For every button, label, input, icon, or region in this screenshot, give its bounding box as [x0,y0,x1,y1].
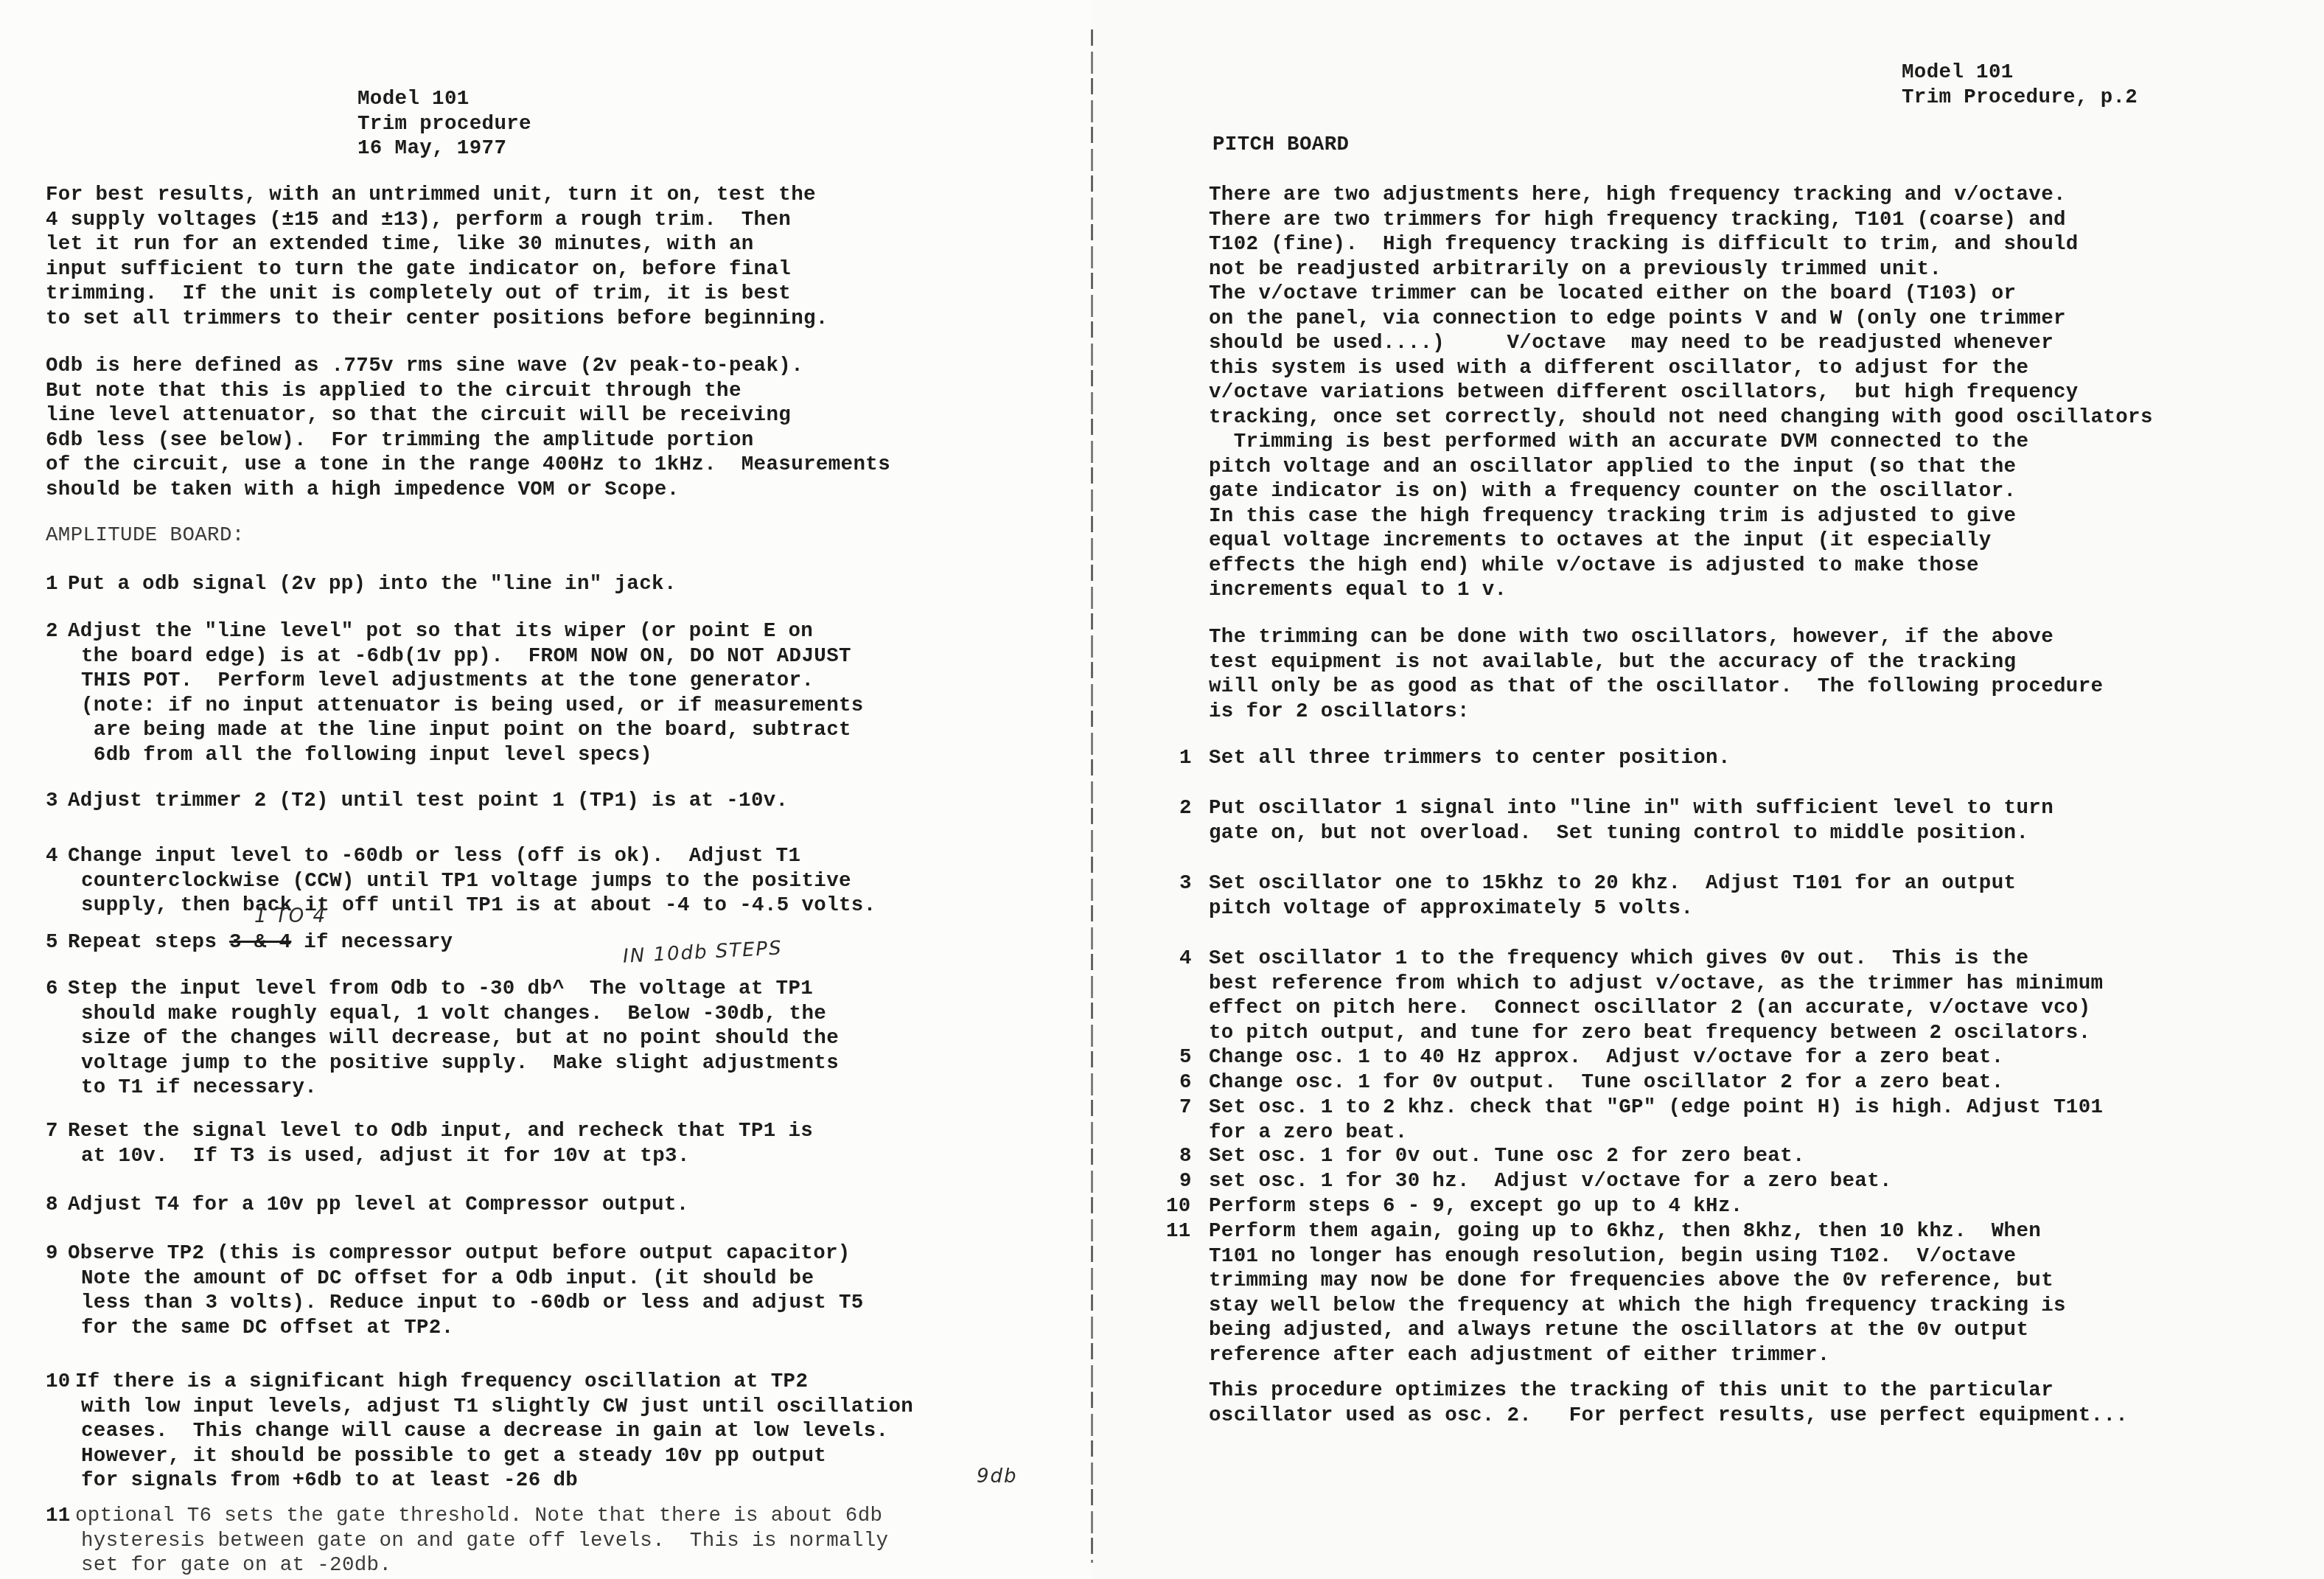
section-title-amplitude: AMPLITUDE BOARD: [46,523,245,548]
step-text-line: If there is a significant high frequency… [75,1370,808,1395]
intro-line: v/octave variations between different os… [1209,380,2079,405]
step-text-line: optional T6 sets the gate threshold. Not… [75,1504,882,1529]
step-number: 8 [46,1193,58,1218]
step-number: 9 [46,1241,58,1266]
step-number: 2 [1179,796,1192,821]
step-text-line: with low input levels, adjust T1 slightl… [81,1395,913,1420]
step-text-line: reference after each adjustment of eithe… [1209,1343,1830,1368]
intro-line: In this case the high frequency tracking… [1209,504,2016,529]
step-number: 7 [1179,1095,1192,1120]
step-text-line: supply, then back it off until TP1 is at… [81,893,876,919]
step-text-line: to pitch output, and tune for zero beat … [1209,1021,2091,1046]
step-text-line: hysteresis between gate on and gate off … [81,1529,888,1554]
step-text-line: gate on, but not overload. Set tuning co… [1209,821,2028,846]
page-fold-divider [1091,29,1093,1563]
struck-text: 3 & 4 [229,931,291,954]
step-text-line: to T1 if necessary. [81,1076,317,1101]
intro-line: tracking, once set correctly, should not… [1209,405,2153,431]
step-text-line: voltage jump to the positive supply. Mak… [81,1051,839,1076]
definition-line: of the circuit, use a tone in the range … [46,453,890,478]
step-text-line: Change osc. 1 to 40 Hz approx. Adjust v/… [1209,1045,2004,1070]
intro-line: There are two trimmers for high frequenc… [1209,208,2066,233]
paragraph-line: is for 2 oscillators: [1209,700,1470,725]
step-number: 8 [1179,1144,1192,1169]
step-number: 6 [1179,1070,1192,1095]
header-line: Model 101 [1902,60,2014,86]
definition-line: But note that this is applied to the cir… [46,379,741,404]
intro-line: this system is used with a different osc… [1209,356,2028,381]
header-line: Trim procedure [357,112,531,137]
intro-line: increments equal to 1 v. [1209,578,1507,603]
step-number: 5 [1179,1045,1192,1070]
intro-line: 4 supply voltages (±15 and ±13), perform… [46,208,791,233]
step-suffix: if necessary [291,931,453,954]
step-text-line: set osc. 1 for 30 hz. Adjust v/octave fo… [1209,1169,1892,1194]
intro-line: to set all trimmers to their center posi… [46,307,828,332]
step-text-line: Adjust T4 for a 10v pp level at Compress… [68,1193,689,1218]
intro-line: on the panel, via connection to edge poi… [1209,307,2066,332]
intro-line: let it run for an extended time, like 30… [46,232,754,257]
step-text-line: 6db from all the following input level s… [81,743,652,768]
intro-line: T102 (fine). High frequency tracking is … [1209,232,2079,257]
header-line: 16 May, 1977 [357,136,506,161]
intro-line: The v/octave trimmer can be located eith… [1209,282,2016,307]
definition-line: Odb is here defined as .775v rms sine wa… [46,354,803,379]
step-text-line: However, it should be possible to get a … [81,1444,826,1469]
step-text-line: Reset the signal level to Odb input, and… [68,1119,813,1144]
step-number: 3 [1179,871,1192,896]
step-number: 4 [1179,947,1192,972]
step-text-line: for the same DC offset at TP2. [81,1316,454,1341]
step-prefix: Repeat steps [68,931,229,954]
intro-line: not be readjusted arbitrarily on a previ… [1209,257,1941,282]
intro-line: There are two adjustments here, high fre… [1209,183,2066,208]
step-number: 1 [46,572,58,597]
step-text-line: less than 3 volts). Reduce input to -60d… [81,1291,864,1316]
step-text-line: Set osc. 1 for 0v out. Tune osc 2 for ze… [1209,1144,1805,1169]
definition-line: should be taken with a high impedence VO… [46,478,680,503]
step-number: 3 [46,789,58,814]
step-text-line: being adjusted, and always retune the os… [1209,1318,2028,1343]
step-number: 10 [1166,1194,1191,1219]
step-number: 5 [46,930,58,955]
step-text-line: best reference from which to adjust v/oc… [1209,972,2103,997]
step-text-line: Note the amount of DC offset for a Odb i… [81,1266,814,1292]
closing-line: This procedure optimizes the tracking of… [1209,1378,2053,1404]
step-text-line: Put a odb signal (2v pp) into the "line … [68,572,677,597]
step-text-line: Set oscillator one to 15khz to 20 khz. A… [1209,871,2016,896]
step-text-line: Perform steps 6 - 9, except go up to 4 k… [1209,1194,1743,1219]
closing-line: oscillator used as osc. 2. For perfect r… [1209,1404,2128,1429]
step-text-line: THIS POT. Perform level adjustments at t… [81,669,814,694]
step-text-line: Perform them again, going up to 6khz, th… [1209,1219,2041,1244]
step-text-line: for signals from +6db to at least -26 db [81,1468,578,1493]
definition-line: line level attenuator, so that the circu… [46,403,791,428]
step-text-line: size of the changes will decrease, but a… [81,1026,839,1051]
step-number: 4 [46,844,58,869]
step-text-line: Change osc. 1 for 0v output. Tune oscill… [1209,1070,2004,1095]
paragraph-line: will only be as good as that of the osci… [1209,675,2103,700]
step-number: 2 [46,619,58,644]
step-text-line: are being made at the line input point o… [81,718,851,743]
step-number: 6 [46,977,58,1002]
step-text-line: Set all three trimmers to center positio… [1209,746,1731,771]
intro-line: input sufficient to turn the gate indica… [46,257,791,282]
step-text-line: trimming may now be done for frequencies… [1209,1269,2053,1294]
step-number: 7 [46,1119,58,1144]
step-text-line: counterclockwise (CCW) until TP1 voltage… [81,869,851,894]
section-title-pitch: PITCH BOARD [1212,133,1349,158]
step-text-line: the board edge) is at -6db(1v pp). FROM … [81,644,851,669]
handwritten-note: 9db [977,1465,1018,1488]
intro-line: gate indicator is on) with a frequency c… [1209,479,2016,504]
header-line: Trim Procedure, p.2 [1902,86,2138,111]
step-text-line: ceases. This change will cause a decreas… [81,1419,888,1444]
step-text-line: Change input level to -60db or less (off… [68,844,800,869]
step-text-line: (note: if no input attenuator is being u… [81,694,864,719]
step-text-line: T101 no longer has enough resolution, be… [1209,1244,2016,1269]
step-text-line: for a zero beat. [1209,1120,1408,1146]
step-text-line: stay well below the frequency at which t… [1209,1294,2066,1319]
step-number: 9 [1179,1169,1192,1194]
step-text-line: set for gate on at -20db. [81,1553,391,1578]
step-text-line: Set oscillator 1 to the frequency which … [1209,947,2028,972]
step-number: 11 [1166,1219,1191,1244]
intro-line: Trimming is best performed with an accur… [1209,430,2028,455]
definition-line: 6db less (see below). For trimming the a… [46,428,754,453]
step-number: 10 [46,1370,71,1395]
step-text-line: Observe TP2 (this is compressor output b… [68,1241,851,1266]
step-text-line: Set osc. 1 to 2 khz. check that "GP" (ed… [1209,1095,2103,1120]
step-number: 11 [46,1504,71,1529]
intro-line: trimming. If the unit is completely out … [46,282,791,307]
header-line: Model 101 [357,87,470,112]
intro-line: effects the high end) while v/octave is … [1209,554,1979,579]
paragraph-line: The trimming can be done with two oscill… [1209,625,2053,650]
step-number: 1 [1179,746,1192,771]
intro-line: equal voltage increments to octaves at t… [1209,529,1992,554]
step-text-line: Adjust trimmer 2 (T2) until test point 1… [68,789,788,814]
step-text-line: Put oscillator 1 signal into "line in" w… [1209,796,2053,821]
step-text-line: pitch voltage of approximately 5 volts. [1209,896,1693,921]
step-text-line: effect on pitch here. Connect oscillator… [1209,996,2091,1021]
intro-line: pitch voltage and an oscillator applied … [1209,455,2016,480]
intro-line: For best results, with an untrimmed unit… [46,183,816,208]
step-text-line: Adjust the "line level" pot so that its … [68,619,813,644]
step-text-line: should make roughly equal, 1 volt change… [81,1002,826,1027]
handwritten-correction: 1 TO 4 [254,905,327,927]
step-text-line: Repeat steps 3 & 4 if necessary [68,930,453,955]
step-text-line: at 10v. If T3 is used, adjust it for 10v… [81,1144,690,1169]
step-text-line: Step the input level from Odb to -30 db^… [68,977,813,1002]
paragraph-line: test equipment is not available, but the… [1209,650,2016,675]
intro-line: should be used....) V/octave may need to… [1209,331,2053,356]
